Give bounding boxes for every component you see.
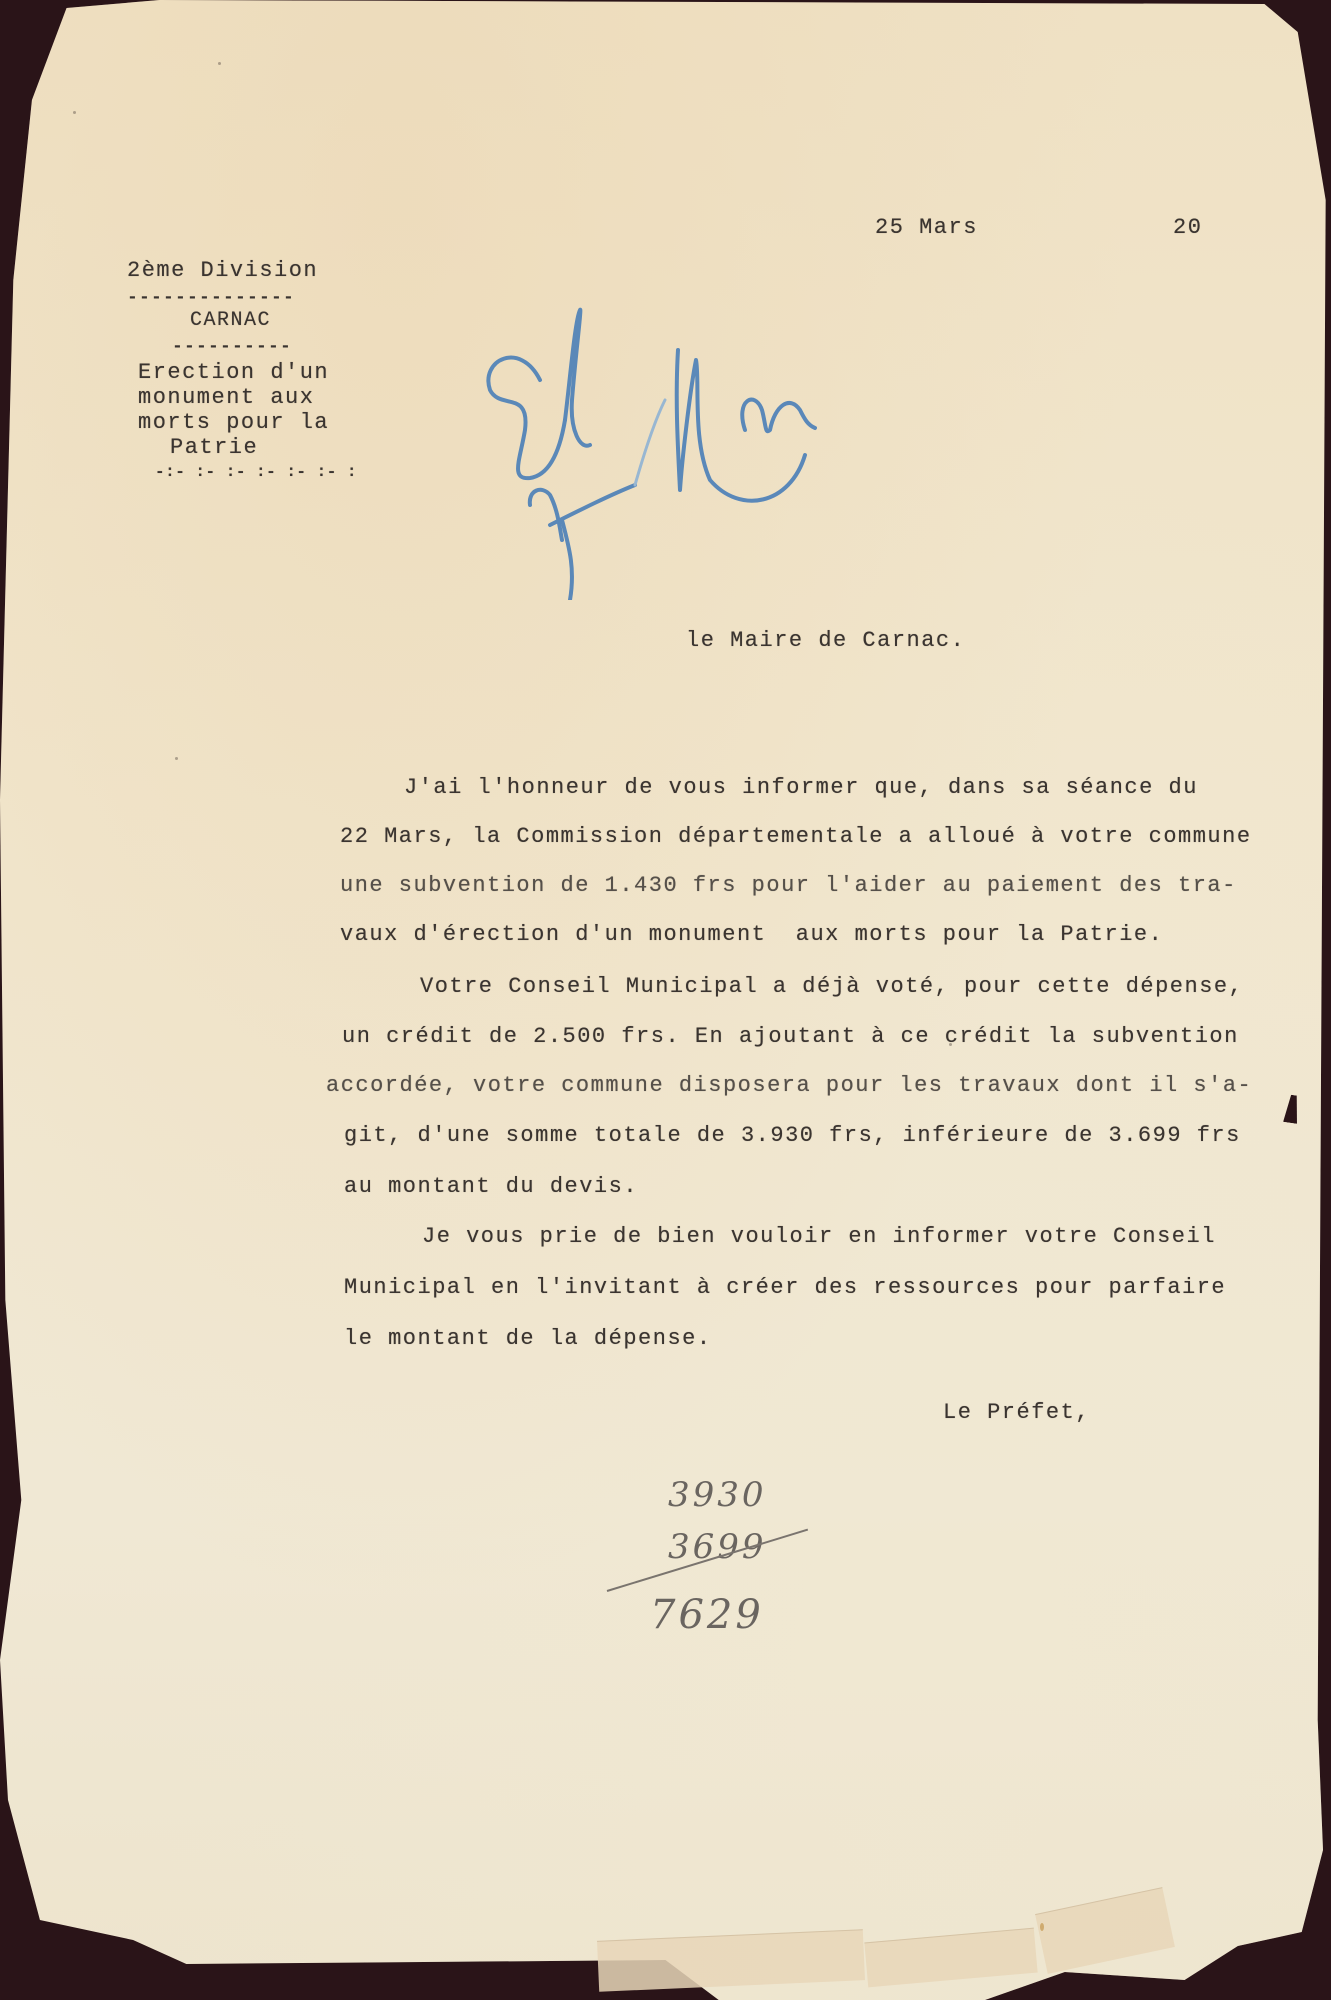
ornament-line: -:- :- :- :- :- :- : — [155, 463, 357, 481]
body-line: J'ai l'honneur de vous informer que, dan… — [404, 775, 1198, 800]
body-line: au montant du devis. — [344, 1174, 638, 1199]
signature-line: Le Préfet, — [943, 1400, 1090, 1425]
body-line: Je vous prie de bien vouloir en informer… — [422, 1224, 1216, 1249]
paper-speck — [175, 757, 178, 760]
body-line: une subvention de 1.430 frs pour l'aider… — [340, 873, 1237, 898]
paper-speck — [1040, 1923, 1044, 1931]
body-line: vaux d'érection d'un monument aux morts … — [340, 922, 1163, 947]
calc-line-1: 3930 — [668, 1475, 767, 1515]
subject-line: morts pour la — [138, 410, 329, 435]
separator-line: ---------- — [172, 337, 292, 357]
recipient-line: le Maire de Carnac. — [686, 628, 965, 653]
letter-date: 25 Mars — [875, 215, 978, 240]
commune-label: CARNAC — [190, 309, 271, 332]
body-line: Votre Conseil Municipal a déjà voté, pou… — [420, 974, 1243, 999]
subject-line: Patrie — [170, 435, 258, 460]
paper-speck — [73, 111, 76, 114]
body-line: git, d'une somme totale de 3.930 frs, in… — [344, 1123, 1241, 1148]
division-label: 2ème Division — [127, 258, 318, 283]
paper-speck — [218, 62, 221, 65]
body-line: accordée, votre commune disposera pour l… — [326, 1073, 1252, 1098]
blue-pencil-annotation — [470, 280, 850, 600]
calc-result: 7629 — [650, 1592, 764, 1638]
body-line: 22 Mars, la Commission départementale a … — [340, 824, 1252, 849]
subject-line: monument aux — [138, 385, 314, 410]
subject-line: Erection d'un — [138, 360, 329, 385]
letter-year: 20 — [1173, 215, 1202, 240]
separator-line: -------------- — [127, 288, 295, 308]
handwritten-initials-icon — [470, 280, 850, 600]
body-line: Municipal en l'invitant à créer des ress… — [344, 1275, 1226, 1300]
body-line: le montant de la dépense. — [344, 1326, 712, 1351]
body-line: un crédit de 2.500 frs. En ajoutant à ce… — [342, 1024, 1239, 1049]
